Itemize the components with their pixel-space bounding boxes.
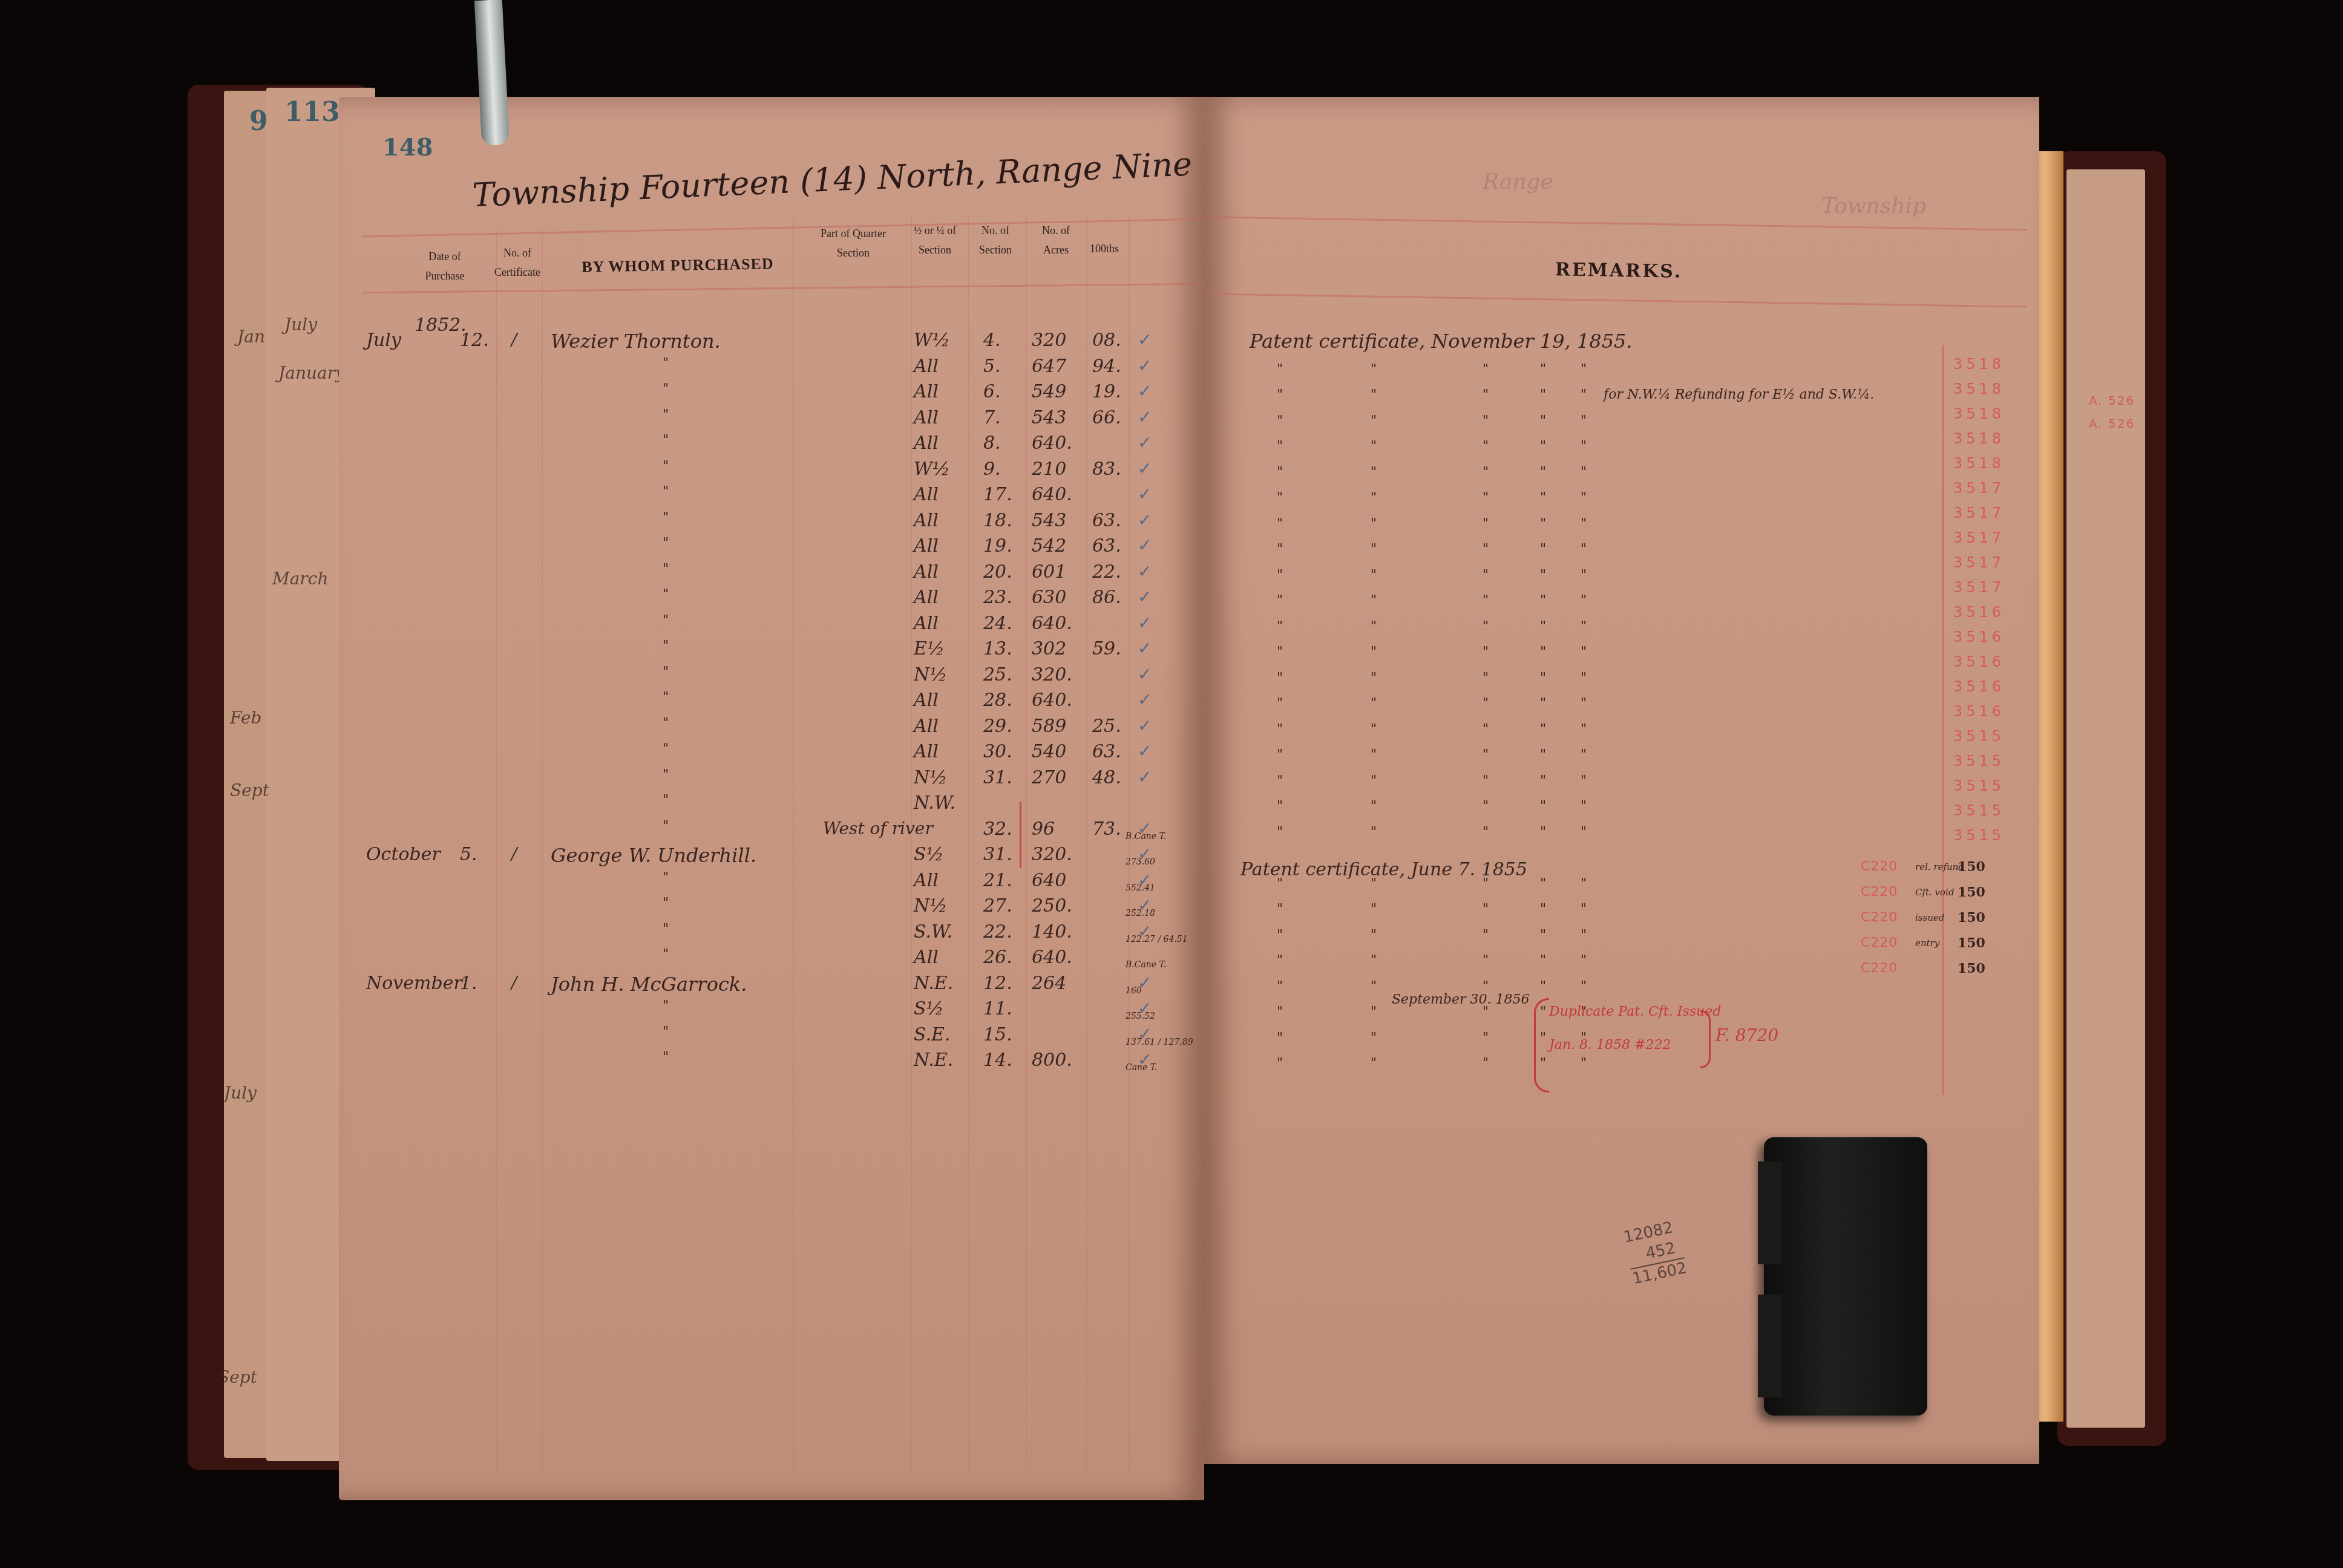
red-brace-left (1534, 998, 1549, 1093)
c220-code: C220 (1861, 935, 1898, 950)
c220-entries: C220rel. refund150C220Cft. void150C220is… (0, 0, 2343, 1568)
c220-code: C220 (1861, 910, 1898, 925)
book-weight[interactable] (1764, 1137, 1927, 1416)
c220-code: C220 (1861, 961, 1898, 976)
c220-note: issued (1915, 912, 1944, 923)
c220-amount: 150 (1958, 961, 1985, 976)
c220-amount: 150 (1958, 859, 1985, 875)
duplicate-patent-note-line1: Duplicate Pat. Cft. Issued (1549, 1004, 1721, 1019)
c220-code: C220 (1861, 859, 1898, 874)
c220-amount: 150 (1958, 910, 1985, 926)
c220-amount: 150 (1958, 935, 1985, 951)
c220-note: Cft. void (1915, 887, 1955, 898)
c220-amount: 150 (1958, 884, 1985, 900)
duplicate-patent-note-line2: Jan. 8. 1858 #222 (1549, 1037, 1671, 1053)
c220-note: entry (1915, 938, 1939, 949)
c220-note: rel. refund (1915, 861, 1964, 872)
c220-code: C220 (1861, 884, 1898, 900)
red-brace-right (1700, 1010, 1711, 1068)
duplicate-patent-reference: F. 8720 (1715, 1025, 1778, 1045)
weight-notch (1758, 1161, 1782, 1264)
weight-notch (1758, 1295, 1782, 1397)
